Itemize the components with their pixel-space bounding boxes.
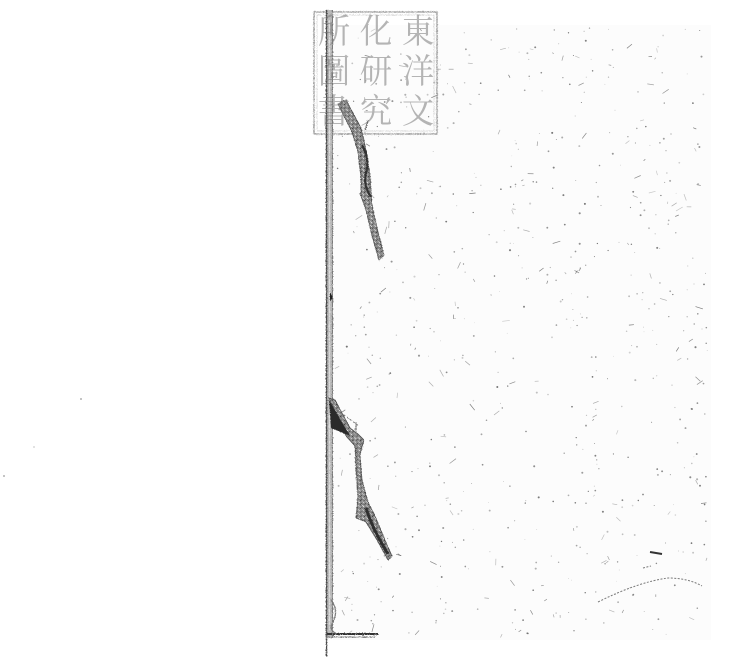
stray-marks-left [3,398,82,477]
scanned-page [0,0,750,657]
page-paper [333,25,711,640]
